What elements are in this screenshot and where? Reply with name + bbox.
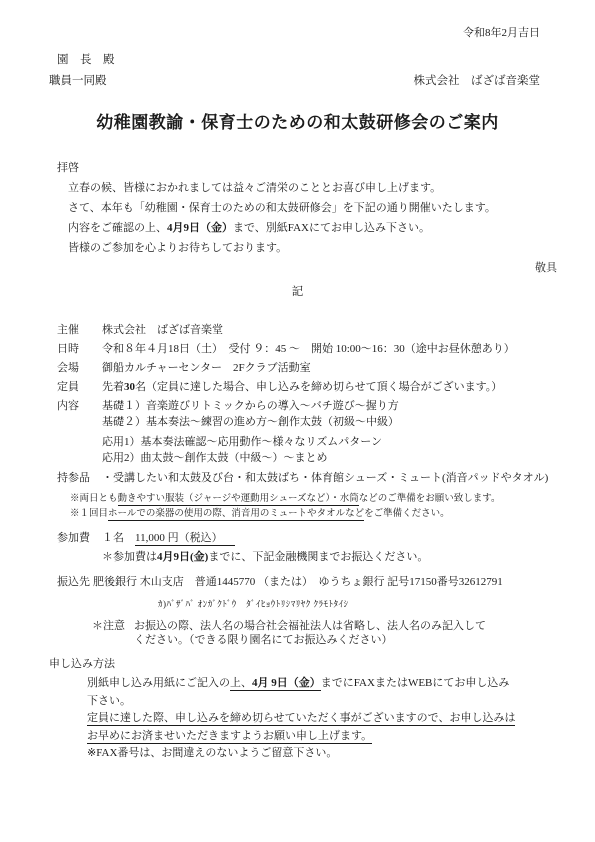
content-line-basic1: 基礎１）音楽遊びリトミックからの導入～バチ遊び～握り方 xyxy=(102,398,555,414)
transfer-caution: ＊注意 お振込の際、法人名の場合社会福祉法人は省略し、法人名のみ記入して くださ… xyxy=(57,619,555,647)
datetime-label: 日時 xyxy=(57,340,102,359)
organizer-label: 主催 xyxy=(57,321,102,340)
caution-text: お振込の際、法人名の場合社会福祉法人は省略し、法人名のみ記入して ください。（で… xyxy=(134,619,486,647)
detail-row-venue: 会場 御船カルチャーセンター 2Fクラブ活動室 xyxy=(57,359,555,378)
application-header: 申し込み方法 xyxy=(49,656,555,673)
record-marker: 記 xyxy=(0,284,595,300)
doc-date: 令和8年2月吉日 xyxy=(0,0,595,40)
items-value: ・受講したい和太鼓及び台・和太鼓ばち・体育館シューズ・ミュート(消音パッドやタオ… xyxy=(102,469,555,488)
greeting-block: 拝啓 立春の候、皆様におかれましては益々ご清栄のこととお喜び申し上げます。 さて… xyxy=(57,158,555,278)
caution-label: ＊注意 xyxy=(92,619,125,647)
detail-row-capacity: 定員 先着30名（定員に達した場合、申し込みを締め切らせて頂く場合がございます。… xyxy=(57,378,555,397)
sender-company: 株式会社 ばざば音楽堂 xyxy=(414,74,541,89)
items-note-1: ※両日とも動きやすい服装（ジャージや運動用シューズなど）・水筒などのご準備をお願… xyxy=(70,492,555,507)
application-line-1: 別紙申し込み用紙にご記入の上、4月 9日（金）までにFAXまたはWEBにてお申し… xyxy=(87,675,555,693)
items-label: 持参品 xyxy=(57,469,102,488)
items-note-2: ※１回目ホールでの楽器の使用の際、消音用のミュートやタオルなどをご準備ください。 xyxy=(70,507,555,522)
greeting-line: さて、本年も「幼稚園・保育士のための和太鼓研修会」を下記の通り開催いたします。 xyxy=(68,198,555,218)
detail-row-items: 持参品 ・受講したい和太鼓及び台・和太鼓ばち・体育館シューズ・ミュート(消音パッ… xyxy=(57,469,555,488)
capacity-value: 先着30名（定員に達した場合、申し込みを締め切らせて頂く場合がございます。） xyxy=(102,378,555,397)
deadline-date: 4月9日（金） xyxy=(167,222,233,234)
content-line-advanced1: 応用1）基本奏法確認～応用動作～様々なリズムパターン xyxy=(102,434,555,450)
content-line-advanced2: 応用2）曲太鼓～創作太鼓（中級～）～まとめ xyxy=(102,450,555,466)
fee-amount: 11,000 円（税込） xyxy=(135,532,235,546)
application-deadline-note-1: 定員に達した際、申し込みを締め切らせていただく事がございますので、お申し込みは xyxy=(87,710,555,728)
account-holder-kana: ｶ)ﾊﾞｻﾞﾊﾞ ｵﾝｶﾞｸﾄﾞｳ ﾀﾞｲﾋｮｳﾄﾘｼﾏﾘﾔｸ ｸﾗﾓﾄﾀｲｼ xyxy=(57,598,555,610)
detail-row-fee: 参加費 １名 11,000 円（税込） xyxy=(57,529,555,548)
detail-row-organizer: 主催 株式会社 ばざば音楽堂 xyxy=(57,321,555,340)
venue-label: 会場 xyxy=(57,359,102,378)
datetime-value: 令和８年４月18日（土） 受付 ９：45 ～ 開始 10:00～16：30（途中… xyxy=(102,340,555,359)
fee-note: ＊参加費は4月9日(金)までに、下記金融機関までお振込ください。 xyxy=(57,549,555,565)
greeting-line-deadline: 内容をご確認の上、4月9日（金）まで、別紙FAXにてお申し込み下さい。 xyxy=(68,218,555,238)
content-lines: 基礎１）音楽遊びリトミックからの導入～バチ遊び～握り方 基礎２）基本奏法～練習の… xyxy=(102,398,555,466)
transfer-label: 振込先 xyxy=(57,573,93,592)
greeting-line: 立春の候、皆様におかれましては益々ご清栄のこととお喜び申し上げます。 xyxy=(68,178,555,198)
content-line-basic2: 基礎２）基本奏法～練習の進め方～創作太鼓（初級～中級） xyxy=(102,414,555,430)
salutation: 拝啓 xyxy=(57,158,555,178)
closing-word: 敬具 xyxy=(57,258,557,278)
recipients-block: 園 長 殿 職員一同殿 株式会社 ばざば音楽堂 xyxy=(49,53,540,89)
application-block: 申し込み方法 別紙申し込み用紙にご記入の上、4月 9日（金）までにFAXまたはW… xyxy=(49,656,555,763)
items-notes: ※両日とも動きやすい服装（ジャージや運動用シューズなど）・水筒などのご準備をお願… xyxy=(57,492,555,522)
application-fax-note: ※FAX番号は、お間違えのないようご留意下さい。 xyxy=(87,745,555,763)
recipient-director: 園 長 殿 xyxy=(57,53,540,68)
capacity-number: 30 xyxy=(124,381,135,393)
application-line-2: 下さい。 xyxy=(87,693,555,711)
detail-row-transfer: 振込先 肥後銀行 木山支店 普通1445770 （または） ゆうちょ銀行 記号1… xyxy=(57,573,555,592)
organizer-value: 株式会社 ばざば音楽堂 xyxy=(102,321,555,340)
details-block: 主催 株式会社 ばざば音楽堂 日時 令和８年４月18日（土） 受付 ９：45 ～… xyxy=(57,321,555,647)
detail-row-content: 内容 基礎１）音楽遊びリトミックからの導入～バチ遊び～握り方 基礎２）基本奏法～… xyxy=(57,397,555,466)
content-label: 内容 xyxy=(57,397,102,416)
venue-value: 御船カルチャーセンター 2Fクラブ活動室 xyxy=(102,359,555,378)
page-title: 幼稚園教諭・保育士のための和太鼓研修会のご案内 xyxy=(0,108,595,133)
application-deadline-date: 4月 9日（金） xyxy=(252,677,321,691)
detail-row-datetime: 日時 令和８年４月18日（土） 受付 ９：45 ～ 開始 10:00～16：30… xyxy=(57,340,555,359)
capacity-label: 定員 xyxy=(57,378,102,397)
recipient-staff: 職員一同殿 xyxy=(49,74,107,89)
fee-label: 参加費 xyxy=(57,529,102,548)
document-page: 令和8年2月吉日 園 長 殿 職員一同殿 株式会社 ばざば音楽堂 幼稚園教諭・保… xyxy=(0,0,595,842)
fee-value: １名 11,000 円（税込） xyxy=(102,529,555,548)
transfer-value: 肥後銀行 木山支店 普通1445770 （または） ゆうちょ銀行 記号17150… xyxy=(93,573,555,592)
application-deadline-note-2: お早めにお済ませいただきますようお願い申し上げます。 xyxy=(87,728,555,746)
fee-deadline-date: 4月9日(金) xyxy=(157,551,208,563)
greeting-line: 皆様のご参加を心よりお待ちしております。 xyxy=(68,238,555,258)
